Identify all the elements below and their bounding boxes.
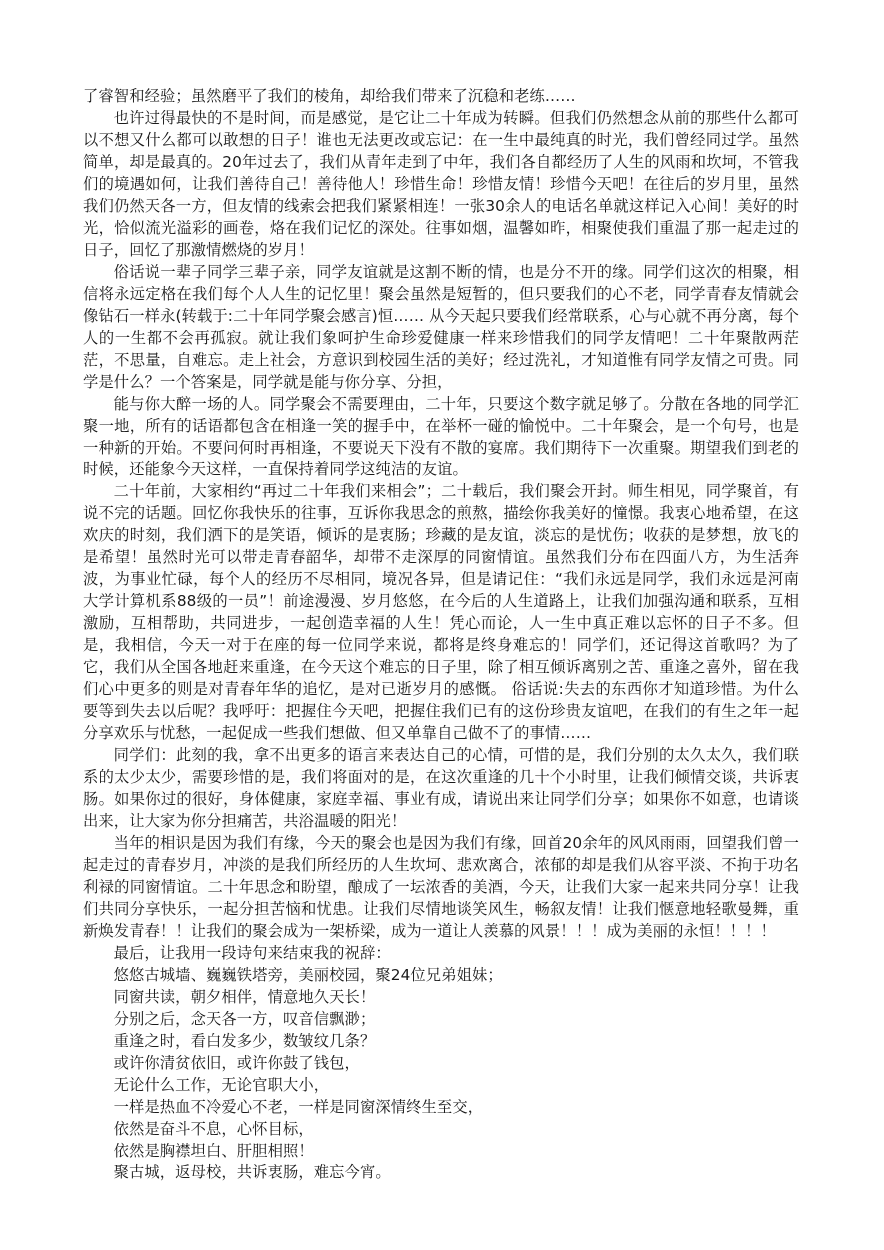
- paragraph-classmate-bond: 俗话说一辈子同学三辈子亲，同学友谊就是这割不断的情，也是分不开的缘。同学们这次的…: [83, 262, 799, 394]
- paragraph-continuation: 了睿智和经验；虽然磨平了我们的棱角，却给我们带来了沉稳和老练……: [83, 86, 799, 108]
- poem: 悠悠古城墙、巍巍铁塔旁，美丽校园，聚24位兄弟姐妹； 同窗共读，朝夕相伴，情意地…: [83, 965, 799, 1185]
- poem-line: 分别之后，念天各一方，叹音信飘渺；: [83, 1009, 799, 1031]
- document-page: 了睿智和经验；虽然磨平了我们的棱角，却给我们带来了沉稳和老练…… 也许过得最快的…: [83, 86, 799, 1184]
- poem-line: 同窗共读，朝夕相伴，情意地久天长！: [83, 987, 799, 1009]
- paragraph-classmates-address: 同学们：此刻的我，拿不出更多的语言来表达自己的心情，可惜的是，我们分别的太久太久…: [83, 745, 799, 833]
- poem-line: 一样是热血不冷爱心不老，一样是同窗深情终生至交，: [83, 1097, 799, 1119]
- paragraph-poem-intro: 最后，让我用一段诗句来结束我的祝辞：: [83, 943, 799, 965]
- poem-line: 或许你清贫依旧，或许你鼓了钱包，: [83, 1053, 799, 1075]
- paragraph-fate: 当年的相识是因为我们有缘，今天的聚会也是因为我们有缘，回首20余年的风风雨雨，回…: [83, 833, 799, 943]
- poem-line: 重逢之时，看白发多少，数皱纹几条？: [83, 1031, 799, 1053]
- poem-line: 依然是奋斗不息，心怀目标，: [83, 1119, 799, 1141]
- paragraph-time-passing: 也许过得最快的不是时间，而是感觉，是它让二十年成为转瞬。但我们仍然想念从前的那些…: [83, 108, 799, 262]
- poem-line: 依然是胸襟坦白、肝胆相照！: [83, 1141, 799, 1163]
- poem-line: 聚古城，返母校，共诉衷肠，难忘今宵。: [83, 1162, 799, 1184]
- poem-line: 悠悠古城墙、巍巍铁塔旁，美丽校园，聚24位兄弟姐妹；: [83, 965, 799, 987]
- poem-line: 无论什么工作，无论官职大小，: [83, 1075, 799, 1097]
- paragraph-reunion-reason: 能与你大醉一场的人。同学聚会不需要理由，二十年，只要这个数字就足够了。分散在各地…: [83, 394, 799, 482]
- paragraph-twenty-years-ago: 二十年前，大家相约“再过二十年我们来相会”；二十载后，我们聚会开封。师生相见，同…: [83, 481, 799, 745]
